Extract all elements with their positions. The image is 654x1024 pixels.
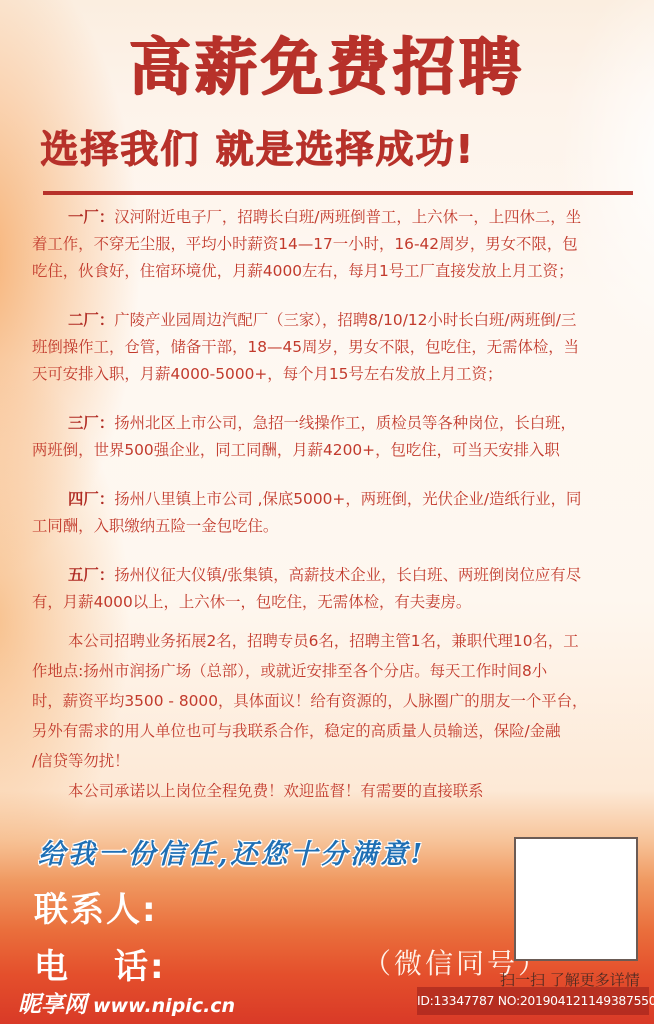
free-promise: 本公司承诺以上岗位全程免费！欢迎监督！有需要的直接联系 [32,776,654,806]
factory-label: 五厂： [68,566,114,584]
factory-label: 四厂： [68,490,114,508]
nipic-url: www.nipic.cn [93,995,235,1017]
trust-slogan: 给我一份信任,还您十分满意! [38,832,425,871]
image-id-bar: ID:13347787 NO:20190412114938755080 [417,987,649,1015]
nipic-logo: 昵享网 [18,992,87,1018]
qr-code-placeholder[interactable] [514,837,638,961]
company-info: 本公司招聘业务拓展2名，招聘专员6名，招聘主管1名，兼职代理10名，工 作地点:… [32,626,654,806]
factory-5: 五厂：扬州仪征大仪镇/张集镇，高薪技术企业，长白班、两班倒岗位应有尽 有，月薪4… [32,562,654,616]
factory-2: 二厂：广陵产业园周边汽配厂（三家），招聘8/10/12小时长白班/两班倒/三 班… [32,307,654,388]
job-listings: 一厂：汉河附近电子厂，招聘长白班/两班倒普工，上六休一，上四休二，坐 着工作，不… [32,204,654,806]
factory-4: 四厂：扬州八里镇上市公司 ,保底5000+，两班倒，光伏企业/造纸行业，同 工同… [32,486,654,540]
poster-subtitle: 选择我们 就是选择成功! [40,130,634,168]
factory-3: 三厂：扬州北区上市公司，急招一线操作工，质检员等各种岗位，长白班， 两班倒，世界… [32,410,654,464]
factory-1: 一厂：汉河附近电子厂，招聘长白班/两班倒普工，上六休一，上四休二，坐 着工作，不… [32,204,654,285]
contact-person-label: 联系人: [34,893,158,927]
recruitment-poster: 高薪免费招聘 选择我们 就是选择成功! 一厂：汉河附近电子厂，招聘长白班/两班倒… [0,0,654,1024]
phone-label: 电话: [34,950,166,984]
factory-label: 二厂： [68,311,114,329]
title-divider [43,191,633,195]
poster-title: 高薪免费招聘 [0,36,654,98]
factory-label: 一厂： [68,208,114,226]
factory-label: 三厂： [68,414,114,432]
nipic-watermark: 昵享网www.nipic.cn [18,994,235,1017]
